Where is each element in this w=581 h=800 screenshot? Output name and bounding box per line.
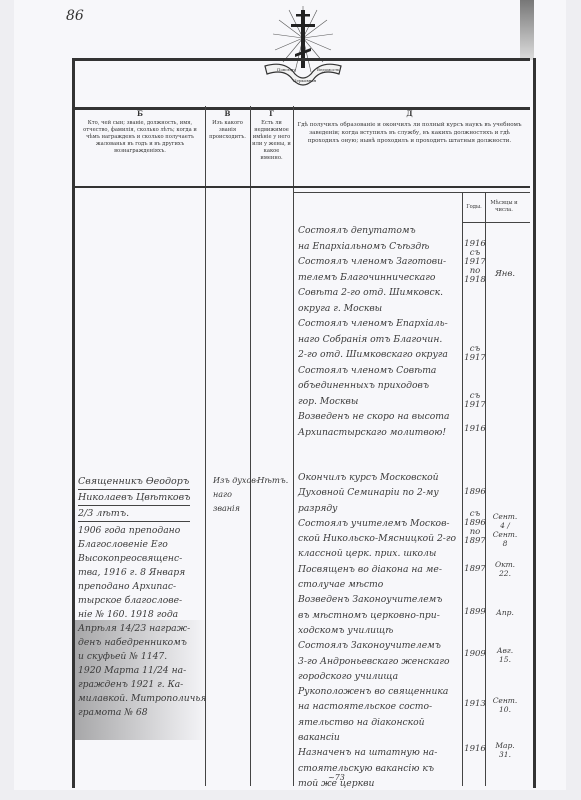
upper-entry-1-years: 1916 съ 1917 по 1918	[464, 240, 486, 285]
column-header-g: Г Есть ли недвижимое имѣніе у него или у…	[252, 110, 291, 162]
service-years-1: 1896	[464, 488, 486, 497]
service-month-6: Сент. 10.	[490, 696, 520, 714]
scan-shadow	[520, 0, 534, 60]
service-month-3: Окт. 22.	[490, 560, 520, 578]
subheader-bottom	[462, 222, 530, 223]
footer-mark: ~73	[328, 770, 345, 786]
service-years-7: 1916	[464, 745, 486, 754]
service-years-3: 1897	[464, 565, 486, 574]
column-header-d: Д Гдѣ получилъ образованіе и окончилъ ли…	[297, 110, 522, 145]
service-entries: Окончилъ курсъ Московской Духовной Семин…	[298, 470, 456, 791]
header-divider	[75, 186, 530, 188]
service-month-2: Сент. 4 / Сент. 8	[490, 512, 520, 548]
service-month-7: Мар. 31.	[490, 741, 520, 759]
column-header-v: В Изъ какого званія происходитъ.	[207, 110, 248, 141]
column-divider	[462, 192, 463, 786]
person-origin: Изъ духов- наго званія	[213, 474, 259, 516]
column-header-b: Б Кто, чей сын; званіе, должность, имя, …	[77, 110, 203, 155]
column-header-years: Годы.	[463, 204, 485, 211]
upper-entry-3-years: съ 1917	[464, 392, 486, 410]
column-divider	[293, 106, 294, 786]
service-month-4: Апр.	[490, 608, 520, 617]
service-years-4: 1899	[464, 608, 486, 617]
person-awards: 1906 года преподано Благословеніе Его Вы…	[78, 524, 206, 720]
column-divider	[250, 106, 251, 786]
upper-entry-1-month: Янв.	[490, 270, 520, 279]
page-number: 86	[66, 8, 84, 24]
service-years-6: 1913	[464, 700, 486, 709]
upper-entry-1: Состоялъ депутатомъ на Епархіальномъ Съѣ…	[298, 223, 450, 440]
person-name: Священникъ Ѳеодоръ Николаевъ Цвѣтковъ 2/…	[78, 474, 190, 522]
column-header-months: Мѣсяцы и числа.	[486, 200, 522, 214]
subheader-top	[293, 192, 530, 193]
upper-entry-2-years: съ 1917	[464, 345, 486, 363]
service-years-5: 1909	[464, 650, 486, 659]
person-property: Нѣтъ.	[257, 474, 288, 490]
service-years-2: съ 1896 по 1897	[464, 510, 486, 546]
upper-entry-4-years: 1916	[464, 425, 486, 434]
service-month-5: Авг. 15.	[490, 646, 520, 664]
